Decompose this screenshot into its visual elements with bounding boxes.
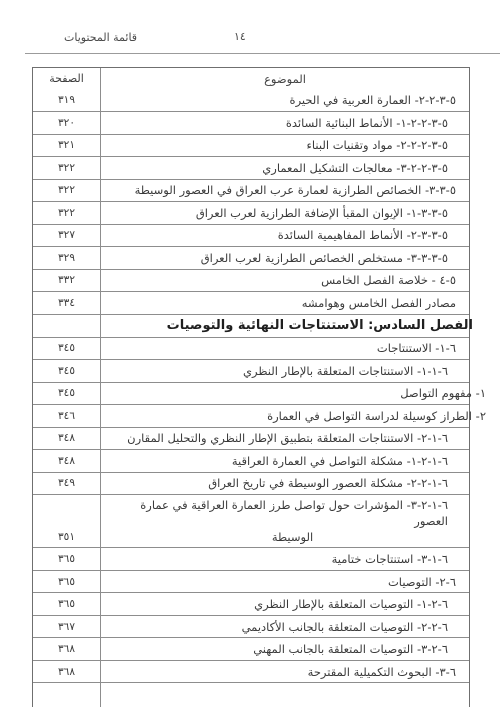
subject-text: ٢- الطراز كوسيلة لدراسة التواصل في العما… <box>124 408 486 424</box>
page-number-cell <box>33 315 101 337</box>
toc-entry-row: ٣١٩٥-٣-٢-٢- العمارة العربية في الحيرة <box>33 90 469 112</box>
page-number-cell: ٣٢٢ <box>33 202 101 224</box>
page-number-cell: ٣٥١ <box>33 495 101 547</box>
page-number-cell: ٣٢١ <box>33 135 101 157</box>
page-number-cell: ٣٤٨ <box>33 428 101 450</box>
subject-text: ٥-٣-٣-١- الإيوان المقبأ الإضافة الطرازية… <box>107 205 448 221</box>
page-number-cell <box>33 683 101 707</box>
page-number-cell: ٣٦٥ <box>33 593 101 615</box>
subject-text: ٥-٣-٢-٢-١- الأنماط البنائية السائدة <box>107 115 448 131</box>
running-head-rule <box>25 53 500 54</box>
subject-cell: ٥-٣-٣-١- الإيوان المقبأ الإضافة الطرازية… <box>101 202 469 224</box>
toc-entry-row: ٣٦٨٦-٣- البحوث التكميلية المقترحة <box>33 660 469 683</box>
subject-cell: ٥-٤ - خلاصة الفصل الخامس <box>101 270 469 292</box>
toc-entry-row: ٣٤٥٦-١-١- الاستنتاجات المتعلقة بالإطار ا… <box>33 359 469 382</box>
toc-entry-row: ٣٢٢٥-٣-٣- الخصائص الطرازية لعمارة عرب ال… <box>33 179 469 202</box>
toc-entry-row: ٣٢٩٥-٣-٣-٣- مستخلص الخصائص الطرازية لعرب… <box>33 246 469 269</box>
page-number-cell: ٣٣٤ <box>33 292 101 314</box>
subject-text: ٦-٢-٢- التوصيات المتعلقة بالجانب الأكادي… <box>107 619 448 635</box>
subject-cell <box>101 683 469 707</box>
subject-cell: ٥-٣-٢-٢-٢- مواد وتقنيات البناء <box>101 135 469 157</box>
subject-text: ٥-٣-٣-٢- الأنماط المفاهيمية السائدة <box>107 227 448 243</box>
subject-cell: ٥-٣-٢-٢-٣- معالجات التشكيل المعماري <box>101 157 469 179</box>
chapter-heading-row: الفصل السادس: الاستنتاجات النهائية والتو… <box>33 314 469 337</box>
subject-text: مصادر الفصل الخامس وهوامشه <box>107 295 456 311</box>
subject-cell: ٥-٣-٣- الخصائص الطرازية لعمارة عرب العرا… <box>101 180 469 202</box>
page-column-header: الصفحة <box>33 68 101 90</box>
subject-cell: ١- مفهوم التواصل <box>101 383 469 405</box>
subject-cell: ٦-٢-٢- التوصيات المتعلقة بالجانب الأكادي… <box>101 616 469 638</box>
subject-text: ١- مفهوم التواصل <box>124 385 486 401</box>
page-number-cell: ٣٤٦ <box>33 405 101 427</box>
subject-cell: مصادر الفصل الخامس وهوامشه <box>101 292 469 314</box>
toc-entry-row: ٣٤٥١- مفهوم التواصل <box>33 382 469 405</box>
page-number-cell: ٣٣٢ <box>33 270 101 292</box>
subject-text: ٥-٣-٢-٢-٣- معالجات التشكيل المعماري <box>107 160 448 176</box>
subject-text: ٥-٣-٢-٢- العمارة العربية في الحيرة <box>107 92 456 108</box>
page-number-cell: ٣٢٧ <box>33 225 101 247</box>
subject-cell: ٦-٢-١- التوصيات المتعلقة بالإطار النظري <box>101 593 469 615</box>
toc-entry-row: ٣٢٧٥-٣-٣-٢- الأنماط المفاهيمية السائدة <box>33 224 469 247</box>
subject-cell: ٦-١-١- الاستنتاجات المتعلقة بالإطار النظ… <box>101 360 469 382</box>
subject-text: ٥-٣-٢-٢-٢- مواد وتقنيات البناء <box>107 137 448 153</box>
page-number-cell: ٣٤٨ <box>33 450 101 472</box>
subject-cell: ٦-١-٢- الاستنتاجات المتعلقة بتطبيق الإطا… <box>101 428 469 450</box>
subject-cell: ٦-٢-٣- التوصيات المتعلقة بالجانب المهني <box>101 638 469 660</box>
toc-entry-row: ٣٣٤مصادر الفصل الخامس وهوامشه <box>33 291 469 314</box>
subject-text: ٦-٢- التوصيات <box>107 574 456 590</box>
subject-cell: ٦-١-٢-٢- مشكلة العصور الوسيطة في تاريخ ا… <box>101 473 469 495</box>
page-number-cell: ٣٦٨ <box>33 638 101 660</box>
subject-cell: ٦-١-٣- استنتاجات ختامية <box>101 548 469 570</box>
toc-entry-row: ٣٤٨٦-١-٢-١- مشكلة التواصل في العمارة الع… <box>33 449 469 472</box>
subject-text-line2: الوسيطة <box>107 529 448 545</box>
page-number-cell: ٣٦٨ <box>33 661 101 683</box>
page-number-cell: ٣٤٥ <box>33 360 101 382</box>
subject-text: ٥-٣-٣-٣- مستخلص الخصائص الطرازية لعرب ال… <box>107 250 448 266</box>
toc-table: الصفحة الموضوع ٣١٩٥-٣-٢-٢- العمارة العرب… <box>32 67 470 707</box>
toc-entry-row: ٣٢٢٥-٣-٣-١- الإيوان المقبأ الإضافة الطرا… <box>33 201 469 224</box>
empty-row <box>33 682 469 707</box>
toc-entry-row: ٣٤٨٦-١-٢- الاستنتاجات المتعلقة بتطبيق ال… <box>33 427 469 450</box>
subject-text: ٦-٣- البحوث التكميلية المقترحة <box>107 664 456 680</box>
page-number-cell: ٣٢٢ <box>33 157 101 179</box>
toc-entry-row: ٣٤٦٢- الطراز كوسيلة لدراسة التواصل في ال… <box>33 404 469 427</box>
subject-cell: ٥-٣-٢-٢- العمارة العربية في الحيرة <box>101 90 469 112</box>
subject-text: ٦-٢-٣- التوصيات المتعلقة بالجانب المهني <box>107 641 448 657</box>
subject-cell: الفصل السادس: الاستنتاجات النهائية والتو… <box>101 315 469 337</box>
toc-header-row: الصفحة الموضوع <box>33 68 469 90</box>
page-number-cell: ٣٦٧ <box>33 616 101 638</box>
page-number-cell: ٣٢٠ <box>33 112 101 134</box>
page-number-cell: ٣٤٩ <box>33 473 101 495</box>
subject-cell: ٢- الطراز كوسيلة لدراسة التواصل في العما… <box>101 405 469 427</box>
running-head-page-number: ١٤ <box>234 30 246 43</box>
subject-text: ٦-٢-١- التوصيات المتعلقة بالإطار النظري <box>107 596 448 612</box>
toc-entry-row: ٣٦٧٦-٢-٢- التوصيات المتعلقة بالجانب الأك… <box>33 615 469 638</box>
subject-text: ٦-١-٢-٢- مشكلة العصور الوسيطة في تاريخ ا… <box>107 475 448 491</box>
toc-entry-row: ٣٦٥٦-٢- التوصيات <box>33 570 469 593</box>
toc-body: ٣١٩٥-٣-٢-٢- العمارة العربية في الحيرة٣٢٠… <box>33 90 469 707</box>
subject-text: ٦-١- الاستنتاجات <box>107 340 456 356</box>
page-number-cell: ٣٢٢ <box>33 180 101 202</box>
subject-cell: ٥-٣-٣-٣- مستخلص الخصائص الطرازية لعرب ال… <box>101 247 469 269</box>
page-number-cell: ٣٤٥ <box>33 383 101 405</box>
page-number-cell: ٣٦٥ <box>33 571 101 593</box>
toc-entry-row: ٣٦٥٦-١-٣- استنتاجات ختامية <box>33 547 469 570</box>
toc-entry-row: ٣٦٨٦-٢-٣- التوصيات المتعلقة بالجانب المه… <box>33 637 469 660</box>
subject-text: ٦-١-٢-٣- المؤشرات حول تواصل طرز العمارة … <box>107 497 448 529</box>
toc-entry-row: ٣٢٢٥-٣-٢-٢-٣- معالجات التشكيل المعماري <box>33 156 469 179</box>
toc-entry-row: ٣٥١٦-١-٢-٣- المؤشرات حول تواصل طرز العما… <box>33 494 469 547</box>
toc-entry-row: ٣٢١٥-٣-٢-٢-٢- مواد وتقنيات البناء <box>33 134 469 157</box>
toc-entry-row: ٣٦٥٦-٢-١- التوصيات المتعلقة بالإطار النظ… <box>33 592 469 615</box>
toc-entry-row: ٣٤٥٦-١- الاستنتاجات <box>33 337 469 360</box>
subject-cell: ٥-٣-٢-٢-١- الأنماط البنائية السائدة <box>101 112 469 134</box>
page-number-cell: ٣١٩ <box>33 90 101 112</box>
scanned-toc-page: { "running_head": { "title": "قائمة المح… <box>0 0 500 707</box>
toc-entry-row: ٣٣٢٥-٤ - خلاصة الفصل الخامس <box>33 269 469 292</box>
page-number-cell: ٣٦٥ <box>33 548 101 570</box>
subject-text: ٦-١-٢- الاستنتاجات المتعلقة بتطبيق الإطا… <box>107 430 448 446</box>
subject-cell: ٦-١- الاستنتاجات <box>101 338 469 360</box>
toc-entry-row: ٣٢٠٥-٣-٢-٢-١- الأنماط البنائية السائدة <box>33 111 469 134</box>
running-head-title: قائمة المحتويات <box>64 31 137 44</box>
subject-cell: ٦-٣- البحوث التكميلية المقترحة <box>101 661 469 683</box>
subject-cell: ٦-٢- التوصيات <box>101 571 469 593</box>
toc-entry-row: ٣٤٩٦-١-٢-٢- مشكلة العصور الوسيطة في تاري… <box>33 472 469 495</box>
subject-cell: ٥-٣-٣-٢- الأنماط المفاهيمية السائدة <box>101 225 469 247</box>
subject-text: ٦-١-١- الاستنتاجات المتعلقة بالإطار النظ… <box>107 363 448 379</box>
subject-cell: ٦-١-٢-١- مشكلة التواصل في العمارة العراق… <box>101 450 469 472</box>
subject-text: ٥-٣-٣- الخصائص الطرازية لعمارة عرب العرا… <box>107 182 456 198</box>
subject-text: ٥-٤ - خلاصة الفصل الخامس <box>107 272 456 288</box>
page-number-cell: ٣٢٩ <box>33 247 101 269</box>
subject-column-header: الموضوع <box>101 68 469 90</box>
chapter-heading-text: الفصل السادس: الاستنتاجات النهائية والتو… <box>113 317 473 335</box>
page-number-cell: ٣٤٥ <box>33 338 101 360</box>
subject-cell: ٦-١-٢-٣- المؤشرات حول تواصل طرز العمارة … <box>101 495 469 547</box>
subject-text: ٦-١-٣- استنتاجات ختامية <box>107 551 448 567</box>
subject-text: ٦-١-٢-١- مشكلة التواصل في العمارة العراق… <box>107 453 448 469</box>
